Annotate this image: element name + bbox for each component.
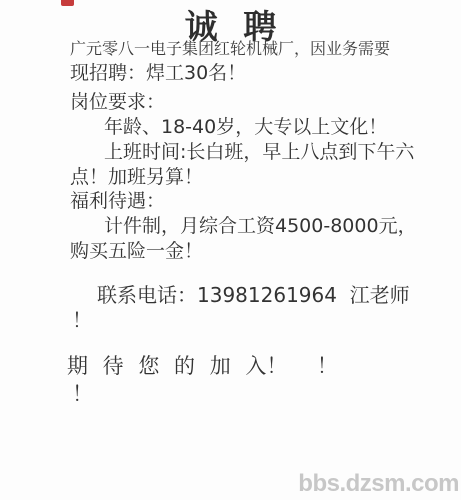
site-watermark: bbs.dzsm.com — [298, 470, 459, 498]
requirements-header: 岗位要求： — [70, 91, 165, 115]
work-schedule-line-1: 上班时间:长白班，早上八点到下午六 — [104, 141, 414, 165]
closing-line: 期 待 您 的 加 入！ ！ — [67, 353, 338, 379]
work-schedule-line-2: 点！加班另算！ — [70, 166, 203, 190]
recruitment-notice: 诚 聘 广元零八一电子集团红轮机械厂，因业务需要 现招聘：焊工30名！ 岗位要求… — [0, 0, 461, 500]
insurance-line: 购买五险一金！ — [70, 240, 203, 264]
recruit-position-line: 现招聘：焊工30名！ — [70, 62, 246, 86]
contact-phone-line: 联系电话：13981261964 江老师 — [97, 283, 410, 308]
closing-line-continuation: ！ — [72, 381, 93, 407]
contact-line-continuation: ！ — [72, 308, 92, 333]
benefits-header: 福利待遇： — [70, 190, 165, 214]
salary-line: 计件制，月综合工资4500-8000元， — [104, 215, 417, 239]
company-intro-line: 广元零八一电子集团红轮机械厂，因业务需要 — [70, 39, 390, 59]
age-requirement-line: 年龄、18-40岁，大专以上文化！ — [104, 116, 387, 140]
